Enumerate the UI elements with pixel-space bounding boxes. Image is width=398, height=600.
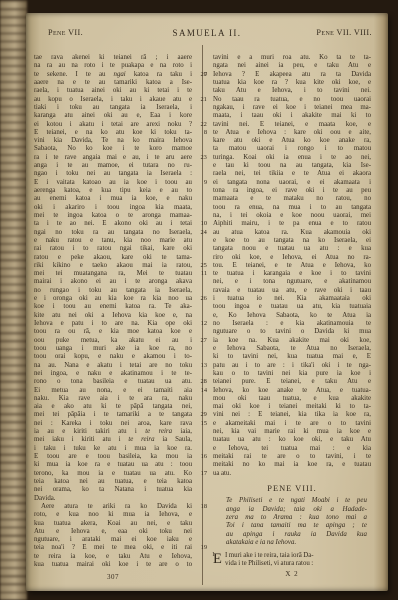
text-line: E teianei, e na ko atu koe ki toku ta-8 xyxy=(34,129,192,137)
right-text-column: tavini e a muri roa atu. Ko ta te ta-nga… xyxy=(213,54,371,579)
text-line: teia katoa nei au tuatua, e teia katoa xyxy=(34,478,192,486)
text-line: nei : Kareka i toku nei aroa, kare rava1… xyxy=(34,420,192,428)
text-line: tuatau ua atu : ko koe oki, e taku Atu xyxy=(213,436,371,444)
verse-number: 25 xyxy=(201,262,207,270)
text-line: teia noa'i ? E mei te mea oki, e iti rai… xyxy=(34,544,192,552)
text-line: ngutuare o to tavini o Davida ki mua xyxy=(213,328,371,336)
text-line: ta matou uaorai i rongo i to matou xyxy=(213,145,371,153)
text-line: raela nei, tei tikiia e te Atua ei akaor… xyxy=(213,170,371,178)
text-line: no Iseraela : e kia akatinamouia te xyxy=(213,320,371,328)
text-line: toou uanga i muri ake ia koe ra, no xyxy=(34,345,192,353)
text-line: patu au i to are : i tika'i oki i te nga… xyxy=(213,362,371,370)
verse-one-block: 1 E I muri ake i te reira, taia iorā Da-… xyxy=(213,552,371,569)
text-line: te reira ia koe, e taku Atu e Iehova, xyxy=(34,553,192,561)
page-number: 307 xyxy=(34,573,192,581)
text-line: nei, e i tona ngutuare, e akatinamou xyxy=(213,278,371,286)
text-line: te Atua e Iehova : kare oki oou e aite, xyxy=(213,129,371,137)
text-line: mei iaku i kiriti atu i te reira ia Saul… xyxy=(34,436,192,444)
text-line: aerenga katoa, e kua tipu keia e au to xyxy=(34,187,192,195)
text-line: toou ingoa e tuatau ua atu, kia tuatuaia xyxy=(213,303,371,311)
verse-number: 28 xyxy=(201,378,207,386)
text-line: taku Atu e Iehova, i to tavini nei. xyxy=(213,87,371,95)
verse-number: 19 xyxy=(201,544,207,552)
text-line: mei tei pāpāia i te tamariki a te tangat… xyxy=(34,411,192,419)
text-line: Iehova e patu i to are na. Kia ope oki12 xyxy=(34,320,192,328)
text-line: kite atu nei oki a Iehova kia koe e, na xyxy=(34,312,192,320)
text-line: Atu e Iehova e, eaa oki toku nei xyxy=(34,528,192,536)
text-line: au apinga i rauka ia Davida kua xyxy=(226,531,367,539)
text-line: Aiphiti mairu, i te pa enua e to ratou xyxy=(213,220,371,228)
text-line: ia koe na. Kua akakite mai oki koe,27 xyxy=(213,337,371,345)
text-line: riro oki koe, e Iehova, ei Atua no ra- xyxy=(213,254,371,262)
drop-cap: E xyxy=(213,552,222,567)
text-line: mei te ingoa katoa o te aronga mamaa- xyxy=(34,212,192,220)
text-line: Sabaota, No ko koe i te koro mamoe xyxy=(34,145,192,153)
text-line: teianei pure. E teianei, e taku Atu e28 xyxy=(213,378,371,386)
text-line: rai ratou i to ratou ngai tikai, kare ok… xyxy=(34,245,192,253)
verse-number: 18 xyxy=(201,503,207,511)
text-line: terono, ka mou ia e tuatau ua atu. Ko17 xyxy=(34,470,192,478)
text-line: ngutuare, i arataki mai ei koe iaku e xyxy=(34,536,192,544)
verse-number: 17 xyxy=(201,470,207,478)
text-line: roto, e kua noo ki mua ia Iehova, e xyxy=(34,511,192,519)
text-line: ua atu. xyxy=(213,470,371,478)
text-line: nei orama, ko ta Natana i tuatua kia xyxy=(34,486,192,494)
adjacent-page-edge xyxy=(0,0,27,600)
text-line: rono o tona basileia e tuatau ua atu. xyxy=(34,378,192,386)
text-line: ei kotou i akatu i tetai are arexi noku … xyxy=(34,121,192,129)
text-line: Aere atura te ariki ra ko Davida ki18 xyxy=(34,503,192,511)
text-line: E i vaitata katoao au ia koe i toou au9 xyxy=(34,179,192,187)
text-line: ki to tavini nei, kua tuatua mai e, E xyxy=(213,353,371,361)
text-line: toou ra ou rā, e kia moe katoa koe e xyxy=(34,328,192,336)
text-line: tona ra ingoa, ei rave oki i te au peu xyxy=(213,187,371,195)
text-line: ngao i toku nei au tangata ia Iseraela : xyxy=(34,170,192,178)
verse-number: 24 xyxy=(201,229,207,237)
text-line: oou puke metua, ka akatu ei au i xyxy=(34,337,192,345)
text-line: mamaata e te mataku no ratou, no xyxy=(213,195,371,203)
text-line: tiaki i toku au tangata ia Iseraela, i xyxy=(34,104,192,112)
text-line: i tuatua io nei. Kia akamaataia oki26 xyxy=(213,295,371,303)
text-line: maata, i taau oki i akakite mai ki to xyxy=(213,112,371,120)
text-line: na, i tei okoia e koe noou uaorai, mei xyxy=(213,212,371,220)
verse-number: 22 xyxy=(201,121,207,129)
text-line: kare atu oki e Atua ko koe anake ra, xyxy=(213,137,371,145)
verse-one-line: I muri ake i te reira, taia iorā Da- xyxy=(225,552,371,560)
text-line: ratou e peke akaou, kare oki te tama- xyxy=(34,254,192,262)
text-line: au enemi katoa i mua ia koe, e naku xyxy=(34,195,192,203)
text-line: E toou are e toou basileia, ka mou ia16 xyxy=(34,453,192,461)
running-head: Pene VII. SAMUELA II. Pene VII. VIII. xyxy=(36,28,378,40)
text-line: kua tuatua mairai oki koe i te are o to xyxy=(34,561,192,569)
text-line: ia au e kiriti takiri atu i te reira iai… xyxy=(34,428,192,436)
text-line: karanga atu ainei oki au e, Eaa i kore xyxy=(34,112,192,120)
verse-number: 27 xyxy=(201,337,207,345)
text-line: anga i te au mamoe, ei tutara no ru- xyxy=(34,162,192,170)
text-line: e i oronga oki au kia koe ra kia noo ua xyxy=(34,295,192,303)
text-line: oki i akariro i toou ingoa kia maata, xyxy=(34,204,192,212)
text-line: Ei metua au nona, e ei tamaiti aia14 xyxy=(34,387,192,395)
text-line: te sekene. I te au ngai katoa ra taku i7 xyxy=(34,71,192,79)
text-line: mairai i akono ei au i te aronga akava xyxy=(34,278,192,286)
text-line: au atua katoa ra. Kua akamouia oki24 xyxy=(213,229,371,237)
text-line: e Iehova Sabaota, te Atua no Iseraela, xyxy=(213,345,371,353)
text-line: raela, i tuatua ainei oki au ki tetai i … xyxy=(34,87,192,95)
text-line: vini kia Davida, Te na ko maira Iehova xyxy=(34,137,192,145)
text-line: aia e ako atu ki te pāpā tangata nei, xyxy=(34,403,192,411)
text-line: anga ia Davida; taia oki a Hadade- xyxy=(226,506,367,514)
text-line: kau o to tavini nei kia pure ia koe i xyxy=(213,370,371,378)
text-line: naku. Kia rave aia i te ara ra, naku xyxy=(34,395,192,403)
text-line: koe i toou au enemi katoa ra. Te aka- xyxy=(34,303,192,311)
verse-number: 26 xyxy=(201,295,207,303)
running-head-right-chapter: Pene VII. VIII. xyxy=(316,28,372,37)
text-line: tuatua kia koe ra ? kua kite oki koe, e xyxy=(213,79,371,87)
text-line: nei, kia vai marie rai ki mua ia koe e xyxy=(213,428,371,436)
text-line: Iehova, ko koe anake te Atua, e tuatua- xyxy=(213,387,371,395)
printer-signature: X 2 xyxy=(213,570,371,578)
verse-number: 29 xyxy=(201,411,207,419)
text-line: Te Philiseti e te ngati Moabi i te peu xyxy=(226,497,367,505)
text-line: e, Ko Iehova Sabaota, ko te Atua ia xyxy=(213,312,371,320)
text-line: tavini e a muri roa atu. Ko ta te ta- xyxy=(213,54,371,62)
text-line: tavini nei. E teianei, e maata koe, e22 xyxy=(213,121,371,129)
verse-number: 15 xyxy=(201,420,207,428)
text-line: ei tangata nona uaorai, e ei akamaata i xyxy=(213,179,371,187)
text-line: ngata nei ainei ia peu, e taku Atu e xyxy=(213,62,371,70)
text-line: meitaki no ko mai ia koe ra, e tuatau xyxy=(213,461,371,469)
book-page: Pene VII. SAMUELA II. Pene VII. VIII. ta… xyxy=(26,13,388,591)
text-line: mou oki taau tuatua, e kua akakite xyxy=(213,395,371,403)
verse-number: 16 xyxy=(201,453,207,461)
text-line: e koe to au tangata na ko Iseraela, ei xyxy=(213,237,371,245)
text-line: ravaia e tuatau ua atu, e rave oki i taa… xyxy=(213,287,371,295)
text-line: akatakaia e ia na Iehova. xyxy=(226,539,367,547)
right-column-verses: tavini e a muri roa atu. Ko ta te ta-nga… xyxy=(213,54,371,478)
text-line: turinga. Koai oki ia enua i te ao nei,23 xyxy=(213,154,371,162)
text-line: No taau ra tuatua, e no toou uaorai21 xyxy=(213,96,371,104)
text-line: no rungao i toku au tangata ia Iseraela, xyxy=(34,287,192,295)
verse-number: 23 xyxy=(201,154,207,162)
text-line: na ra au na roto i te puakapa e na roto … xyxy=(34,62,192,70)
verse-number: 11 xyxy=(201,270,207,278)
text-line: tae rava akenei ki teianei rā ; i aaere xyxy=(34,54,192,62)
chapter-summary: Te Philiseti e te ngati Moabi i te peuan… xyxy=(213,497,371,547)
text-line: tangata noou e tuatau ua atu : e kua xyxy=(213,245,371,253)
verse-one-line: vida i te Philiseti, vi atura ratou : xyxy=(225,560,371,568)
text-line: ngakau, i rave ei koe i teianei mea ma- xyxy=(213,104,371,112)
text-line: ta i te ao nei. E akono oki au i tetai10 xyxy=(34,220,192,228)
text-line: meitaki rai te are o to tavini, i te xyxy=(213,453,371,461)
text-line: e akameitaki mai i te are o to tavini xyxy=(213,420,371,428)
text-line: vini nei : E teianei, kia tika ia koe ra… xyxy=(213,411,371,419)
text-line: tou. E teianei, e te Atua e Iehova, ko25 xyxy=(213,262,371,270)
text-line: zera ma to Arama : kua tono mai a xyxy=(226,514,367,522)
left-text-column: tae rava akenei ki teianei rā ; i aaeren… xyxy=(34,54,192,569)
verse-number: 20 xyxy=(201,71,207,79)
text-line: toou orai kopu, e naku e akamou i to- xyxy=(34,353,192,361)
verse-number: 21 xyxy=(201,96,207,104)
verse-number: 13 xyxy=(201,362,207,370)
photo-backdrop: { "colors": { "backdrop": "#241a10", "pa… xyxy=(0,0,398,600)
text-line: te tuatua i karangaia e koe i to tavini xyxy=(213,270,371,278)
text-line: na au. Nana e akatu i tetai are no toku1… xyxy=(34,362,192,370)
verse-number: 8 xyxy=(204,129,207,137)
text-line: e naku ratou e tanu, kia noo marie atu xyxy=(34,237,192,245)
text-line: e tau ki toou na au tangata, kia Ise- xyxy=(213,162,371,170)
text-line: e Iehova, tei tuatua mai : e kia xyxy=(213,445,371,453)
verse-number: 12 xyxy=(201,320,207,328)
text-line: mei tei muatangana ra, Mei te tuatau11 xyxy=(34,270,192,278)
verse-number: 10 xyxy=(201,220,207,228)
text-line: nei ingoa, e naku e akatinamou i te te- xyxy=(34,370,192,378)
text-line: i taku i tuku ke atu i mua ia koe ra. xyxy=(34,445,192,453)
text-line: aaere na e te au tamariki katoa a Ise- xyxy=(34,79,192,87)
text-line: ki mua ia koe ra e tuatau ua atu : toou xyxy=(34,461,192,469)
text-line: ra i te rave angaia mai e au, i te aru a… xyxy=(34,154,192,162)
text-line: Toi i tana tamaiti ma te apinga ; te xyxy=(226,522,367,530)
text-line: toou ra enua, na mua i to au tangata xyxy=(213,204,371,212)
text-line: au kopu o Iseraela, i taku i akaue atu e xyxy=(34,96,192,104)
verse-number: 9 xyxy=(204,179,207,187)
text-line: kua tuatua akera, Koai au nei, e taku xyxy=(34,520,192,528)
text-line: mai oki koe i teianei meitaki ki to ta- xyxy=(213,403,371,411)
text-line: ngai no toku ra au tangata no Iseraela, xyxy=(34,229,192,237)
text-line: riki kikino e taeko akaou mai ia ratou, xyxy=(34,262,192,270)
text-line: Davida. xyxy=(34,495,192,503)
chapter-heading: PENE VIII. xyxy=(213,485,371,493)
verse-number: 14 xyxy=(201,387,207,395)
text-line: Iehova ? E akapeea atu ra ta Davida20 xyxy=(213,71,371,79)
